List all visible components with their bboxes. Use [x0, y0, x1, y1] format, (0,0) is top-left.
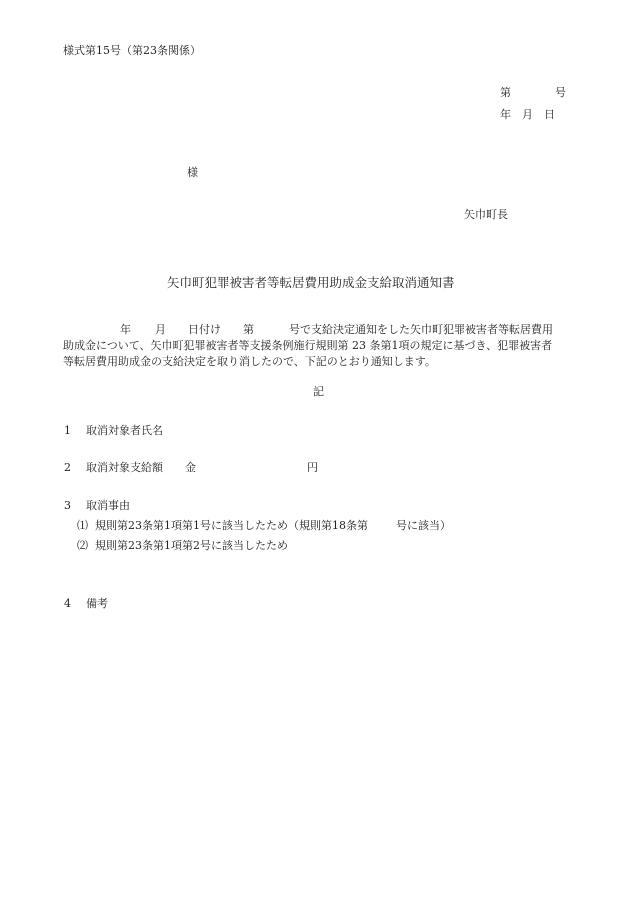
document-title: 矢巾町犯罪被害者等転居費用助成金支給取消通知書	[167, 277, 455, 290]
amount-unit: 円	[307, 461, 318, 474]
issue-date: 年月日	[500, 109, 555, 120]
doc-number-prefix: 第	[500, 87, 511, 98]
body-paragraph: 年月日付け第号で支給決定通知をした矢巾町犯罪被害者等転居費用 助成金について、矢…	[63, 322, 573, 370]
amount-prefix: 金	[185, 461, 196, 474]
date-year: 年	[500, 109, 511, 120]
doc-number-suffix: 号	[555, 87, 566, 98]
date-day: 日	[544, 109, 555, 120]
reason-sub-1: ⑴規則第23条第1項第1号に該当したため（規則第18条第号に該当）	[77, 520, 451, 531]
reason-sub-2: ⑵規則第23条第1項第2号に該当したため	[77, 540, 288, 551]
body-line-3: 等転居費用助成金の支給決定を取り消したので、下記のとおり通知します。	[63, 354, 573, 370]
form-number: 様式第15号（第23条関係）	[63, 45, 201, 56]
item-cancellation-reason: 3取消事由	[64, 500, 130, 511]
ki-heading: 記	[313, 386, 324, 397]
date-month: 月	[522, 109, 533, 120]
addressee-honorific: 様	[187, 167, 198, 178]
document-number: 第号	[500, 87, 566, 98]
item-cancelled-person-name: 1取消対象者氏名	[64, 425, 163, 436]
item-cancelled-amount: 2取消対象支給額金円	[64, 462, 318, 473]
body-line-2: 助成金について、矢巾町犯罪被害者等支援条例施行規則第 23 条第1項の規定に基づ…	[63, 338, 573, 354]
sender-name: 矢巾町長	[464, 209, 508, 220]
body-line-1: 年月日付け第号で支給決定通知をした矢巾町犯罪被害者等転居費用	[63, 322, 573, 338]
item-remarks: 4備考	[64, 598, 108, 609]
